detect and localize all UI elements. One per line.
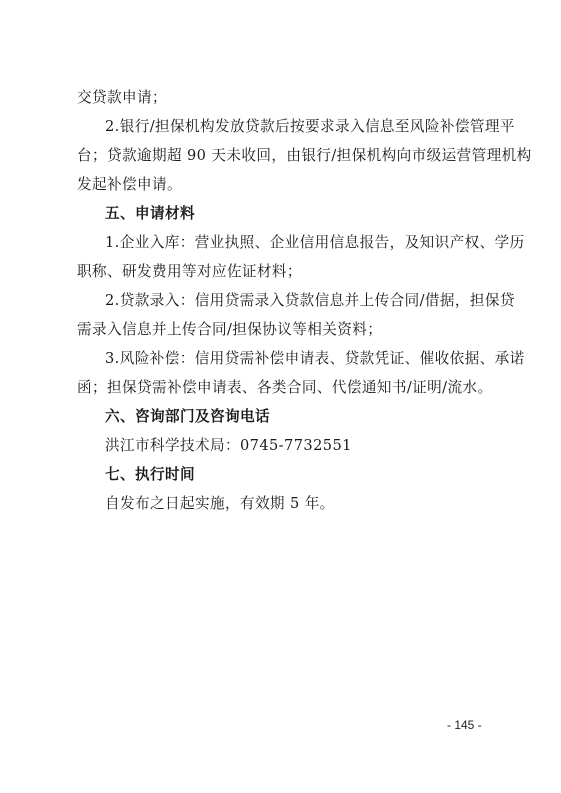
contact-line: 洪江市科学技术局：0745-7732551: [105, 436, 352, 456]
paragraph-line: 1.企业入库：营业执照、企业信用信息报告，及知识产权、学历: [105, 233, 525, 253]
paragraph-line: 函；担保贷需补偿申请表、各类合同、代偿通知书/证明/流水。: [77, 378, 492, 398]
paragraph-line: 职称、研发费用等对应佐证材料；: [77, 262, 302, 282]
paragraph-line: 2.银行/担保机构发放贷款后按要求录入信息至风险补偿管理平: [105, 117, 515, 137]
document-page: 交贷款申请； 2.银行/担保机构发放贷款后按要求录入信息至风险补偿管理平 台；贷…: [0, 0, 561, 793]
paragraph-line: 台；贷款逾期超 90 天未收回，由银行/担保机构向市级运营管理机构: [77, 146, 532, 166]
paragraph-line: 2.贷款录入：信用贷需录入贷款信息并上传合同/借据，担保贷: [105, 291, 515, 311]
paragraph-line: 3.风险补偿：信用贷需补偿申请表、贷款凭证、催收依据、承诺: [105, 349, 525, 369]
section-heading-contact: 六、咨询部门及咨询电话: [105, 407, 270, 427]
paragraph-line: 交贷款申请；: [77, 88, 167, 108]
page-number: - 145 -: [447, 718, 482, 732]
paragraph-line: 需录入信息并上传合同/担保协议等相关资料；: [77, 320, 382, 340]
section-heading-materials: 五、申请材料: [105, 204, 195, 224]
paragraph-line: 自发布之日起实施，有效期 5 年。: [105, 494, 335, 514]
paragraph-line: 发起补偿申请。: [77, 175, 182, 195]
section-heading-effective-time: 七、执行时间: [105, 465, 195, 485]
